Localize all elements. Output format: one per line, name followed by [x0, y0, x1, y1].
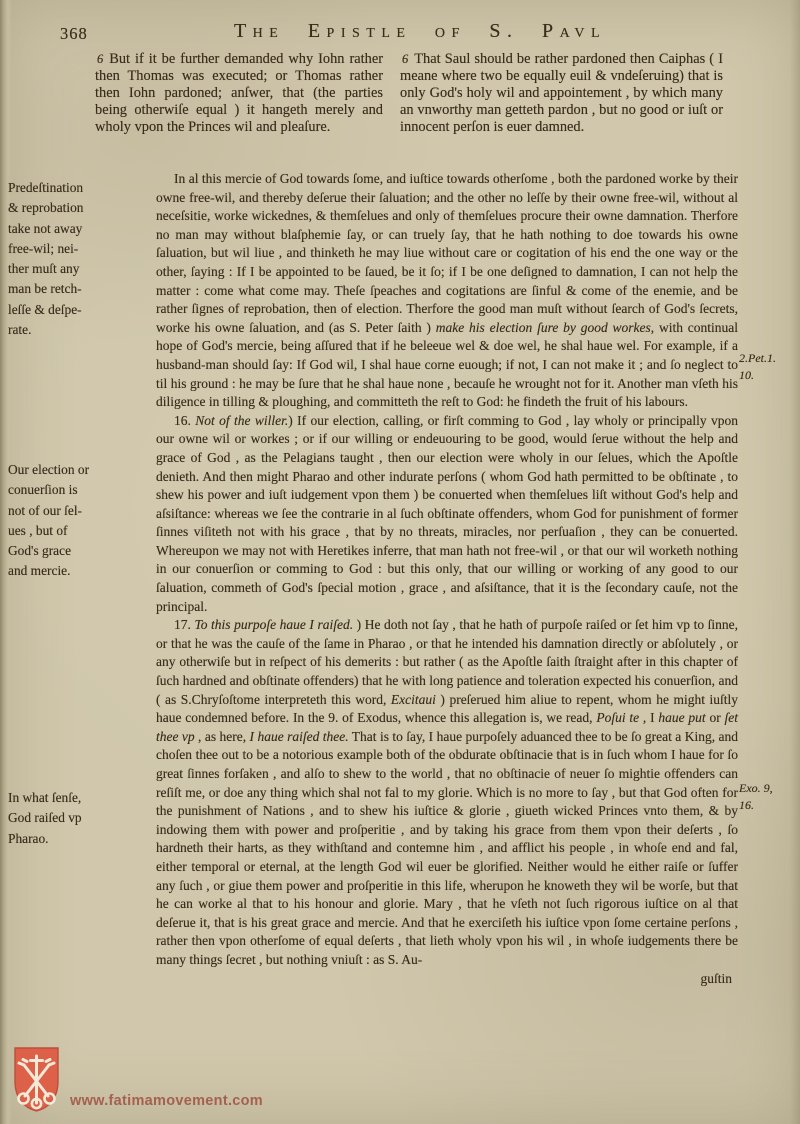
intro-two-columns: 6But if it be further demanded why Iohn …	[95, 51, 723, 136]
intro-right-text: That Saul should be rather pardoned then…	[400, 51, 723, 135]
intro-left-column: 6But if it be further demanded why Iohn …	[95, 51, 383, 136]
scripture-ref-exodus: Exo. 9,16.	[739, 780, 797, 814]
paragraph-annotation-16: 16. Not of the willer.) If our election,…	[156, 412, 738, 617]
paragraph-annotation-17: 17. To this purpoſe haue I raiſed. ) He …	[156, 616, 738, 969]
margin-note-pharao: In what ſenſe,God raiſed vpPharao.	[8, 788, 150, 849]
intro-left-text: But if it be further demanded why Iohn r…	[95, 51, 383, 135]
scanned-book-page: 368 The Epistle of S. Pavl 6But if it be…	[0, 0, 800, 1124]
note-marker: 6	[95, 52, 109, 66]
intro-right-column: 6That Saul should be rather pardoned the…	[400, 51, 723, 136]
fatima-crest-logo	[12, 1046, 61, 1113]
watermark-url: www.fatimamovement.com	[70, 1093, 263, 1109]
catchword: guſtin	[156, 970, 738, 989]
note-marker: 6	[400, 52, 414, 66]
margin-note-election: Our election orconuerſion isnot of our ſ…	[8, 460, 150, 582]
margin-note-predestination: Predeſtination& reprobationtake not away…	[8, 178, 150, 340]
page-number: 368	[60, 24, 88, 44]
page-title: The Epistle of S. Pavl	[120, 20, 720, 43]
annotation-body: Predeſtination& reprobationtake not away…	[0, 170, 800, 1124]
scripture-ref-2-peter: 2.Pet.1.10.	[739, 350, 797, 384]
paragraph-mercy-and-justice: In al this mercie of God towards ſome, a…	[156, 170, 738, 412]
